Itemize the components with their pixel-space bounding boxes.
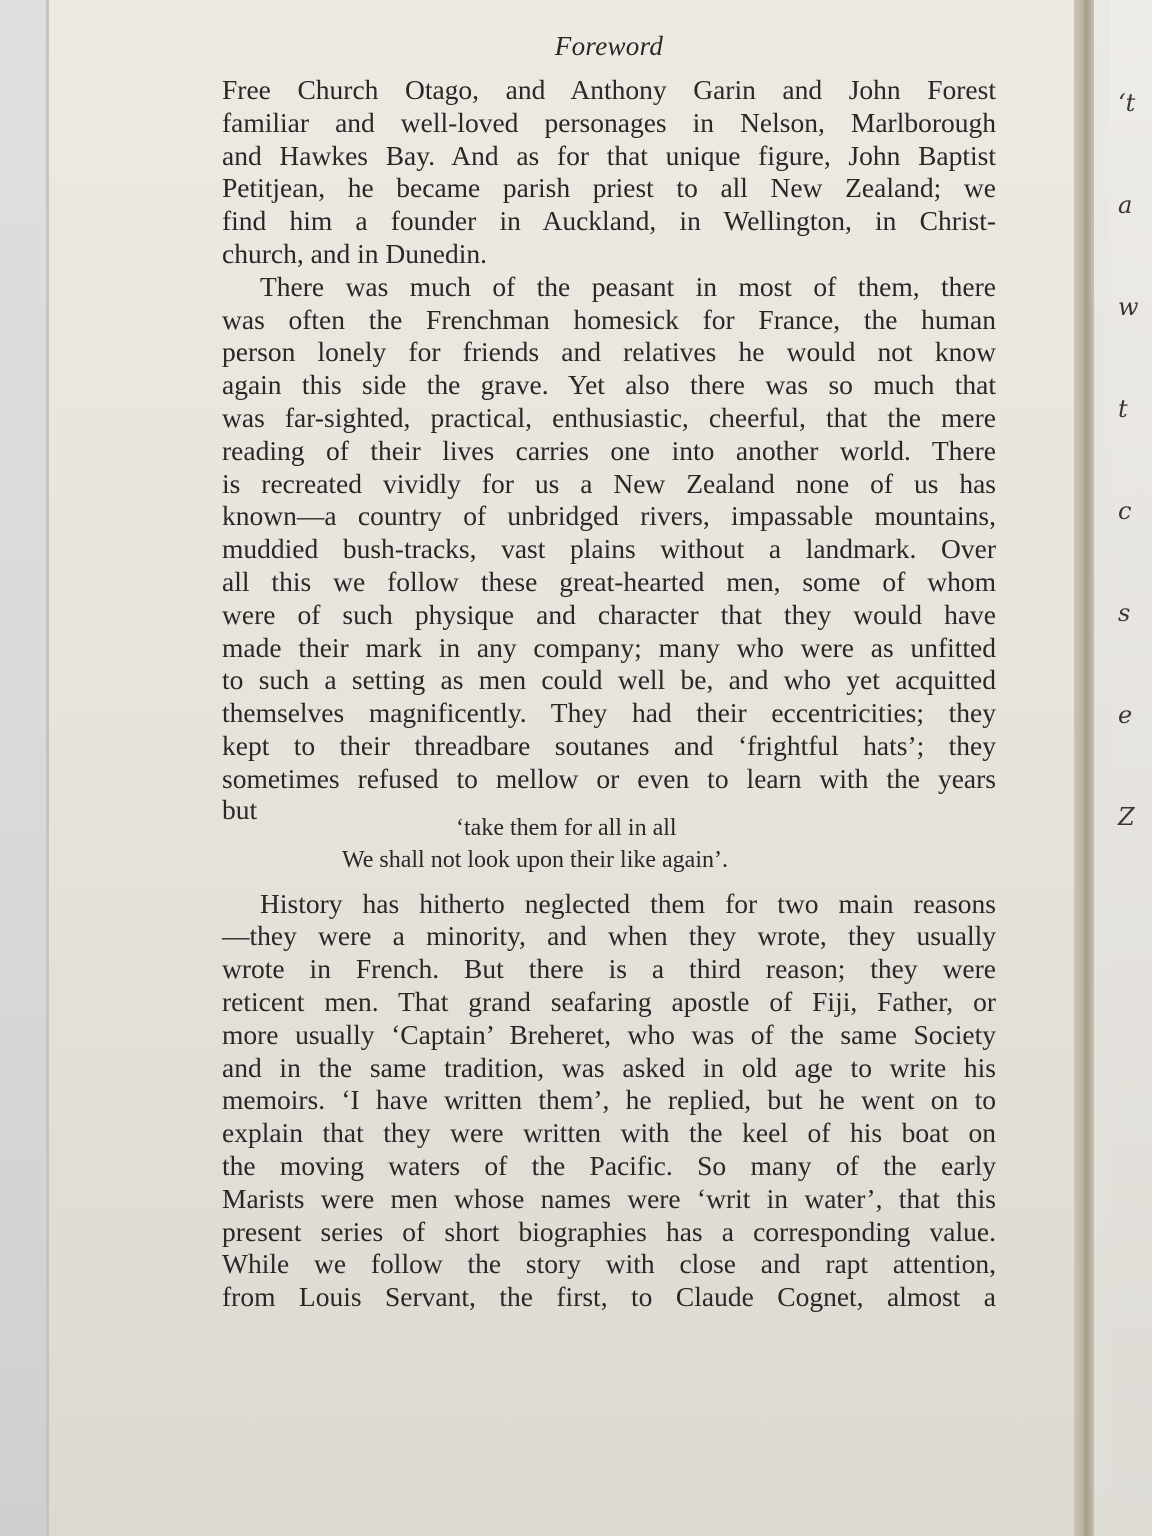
block-quotation: ‘take them for all in all We shall not l… [222, 812, 996, 876]
quotation-line: We shall not look upon their like again’… [222, 844, 996, 876]
text-line: explain that they were written with the … [222, 1117, 996, 1150]
text-line: Petitjean, he became parish priest to al… [222, 172, 996, 205]
paragraph: There was much of the peasant in most of… [222, 271, 996, 812]
fragment: s [1118, 596, 1152, 630]
text-line: but [222, 796, 996, 812]
text-line: reading of their lives carries one into … [222, 435, 996, 468]
text-line: and in the same tradition, was asked in … [222, 1052, 996, 1085]
text-line: wrote in French. But there is a third re… [222, 953, 996, 986]
text-line: from Louis Servant, the first, to Claude… [222, 1281, 996, 1314]
text-line: to such a setting as men could well be, … [222, 664, 996, 697]
fragment: c [1118, 494, 1152, 528]
fragment: t [1118, 392, 1152, 426]
text-line: Marists were men whose names were ‘writ … [222, 1183, 996, 1216]
page-edge-strip [1094, 0, 1110, 1536]
text-line: familiar and well-loved personages in Ne… [222, 107, 996, 140]
text-line: kept to their threadbare soutanes and ‘f… [222, 730, 996, 763]
text-line: more usually ‘Captain’ Breheret, who was… [222, 1019, 996, 1052]
facing-page: ‘t a w t c s e Z [1110, 0, 1152, 1536]
text-line: all this we follow these great-hearted m… [222, 566, 996, 599]
text-line: made their mark in any company; many who… [222, 632, 996, 665]
spacer [222, 876, 996, 888]
facing-page-text: ‘t a w t c s e Z [1118, 18, 1152, 902]
text-line: reticent men. That grand seafaring apost… [222, 986, 996, 1019]
text-line: was often the Frenchman homesick for Fra… [222, 304, 996, 337]
text-line: were of such physique and character that… [222, 599, 996, 632]
text-line: sometimes refused to mellow or even to l… [222, 763, 996, 796]
page-text: Foreword Free Church Otago, and Anthony … [222, 30, 996, 1314]
background-surface [0, 0, 46, 1536]
text-line: find him a founder in Auckland, in Welli… [222, 205, 996, 238]
fragment: ‘t [1118, 86, 1152, 120]
text-line: memoirs. ‘I have written them’, he repli… [222, 1084, 996, 1117]
text-line: muddied bush-tracks, vast plains without… [222, 533, 996, 566]
quotation-line: ‘take them for all in all [222, 812, 996, 844]
text-line: the moving waters of the Pacific. So man… [222, 1150, 996, 1183]
text-line: While we follow the story with close and… [222, 1248, 996, 1281]
text-line: known—a country of unbridged rivers, imp… [222, 500, 996, 533]
text-line: was far-sighted, practical, enthusiastic… [222, 402, 996, 435]
text-line: There was much of the peasant in most of… [222, 271, 996, 304]
text-line: person lonely for friends and relatives … [222, 336, 996, 369]
fragment: Z [1118, 800, 1152, 834]
paragraph: Free Church Otago, and Anthony Garin and… [222, 74, 996, 271]
paragraph: History has hitherto neglected them for … [222, 888, 996, 1314]
text-line: again this side the grave. Yet also ther… [222, 369, 996, 402]
page-edge-shadow [1074, 0, 1094, 1536]
text-line: is recreated vividly for us a New Zealan… [222, 468, 996, 501]
fragment: w [1118, 290, 1152, 324]
running-head: Foreword [222, 30, 996, 74]
text-line: History has hitherto neglected them for … [222, 888, 996, 921]
book-photo: Foreword Free Church Otago, and Anthony … [0, 0, 1152, 1536]
text-line: present series of short biographies has … [222, 1216, 996, 1249]
text-line: —they were a minority, and when they wro… [222, 920, 996, 953]
fragment: e [1118, 698, 1152, 732]
fragment: a [1118, 188, 1152, 222]
text-line: themselves magnificently. They had their… [222, 697, 996, 730]
text-line: and Hawkes Bay. And as for that unique f… [222, 140, 996, 173]
text-line: church, and in Dunedin. [222, 238, 996, 271]
text-line: Free Church Otago, and Anthony Garin and… [222, 74, 996, 107]
